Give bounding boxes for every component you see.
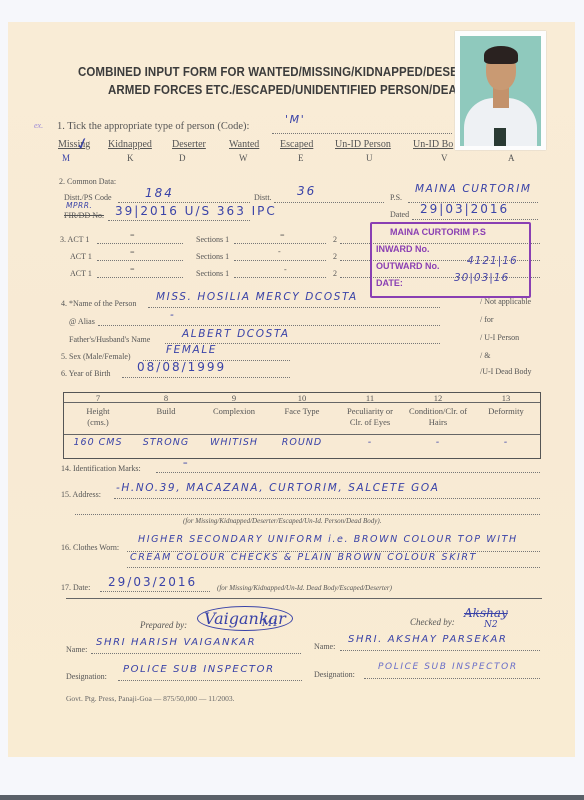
prepared-name-line — [91, 653, 301, 654]
name-of-person-value[interactable]: MISS. HOSILIA MERCY DCOSTA — [156, 291, 358, 303]
sections-row3-value[interactable]: - — [284, 265, 287, 274]
code-d: D — [179, 153, 186, 163]
identification-marks-value[interactable]: = — [183, 459, 188, 468]
act-row2-line — [97, 260, 183, 261]
eyes-value[interactable]: - — [336, 437, 404, 448]
sections-row2-line — [234, 260, 326, 261]
checked-designation-line — [364, 678, 540, 679]
type-escaped[interactable]: Escaped — [280, 139, 313, 150]
side-note-2: / for — [480, 315, 494, 324]
checked-name-label: Name: — [314, 642, 335, 651]
identification-marks-label: 14. Identification Marks: — [61, 464, 141, 473]
person-photo — [455, 31, 546, 150]
act-row1-line — [97, 243, 183, 244]
two-row2-label: 2 — [333, 252, 337, 261]
fir-value[interactable]: 39|2016 U/S 363 IPC — [115, 204, 277, 218]
code-k: K — [127, 153, 134, 163]
date-label: 17. Date: — [61, 583, 90, 592]
address-label: 15. Address: — [61, 490, 101, 499]
yob-line — [122, 377, 290, 378]
prepared-initials: M1 — [262, 618, 279, 629]
checked-signature: Akshay — [464, 606, 508, 620]
address-line1 — [114, 498, 540, 499]
height-value[interactable]: 160 CMS — [64, 437, 132, 448]
type-kidnapped[interactable]: Kidnapped — [108, 139, 152, 150]
stamp-date-label: DATE: — [376, 278, 403, 288]
prepared-name-label: Name: — [66, 645, 87, 654]
clothes-worn-line1[interactable]: HIGHER SECONDARY UNIFORM i.e. BROWN COLO… — [138, 534, 518, 545]
sex-value[interactable]: FEMALE — [166, 344, 217, 356]
sections-row3-line — [234, 277, 326, 278]
stamp-outward-label: OUTWARD No. — [376, 261, 440, 271]
type-unid-person[interactable]: Un-ID Person — [335, 139, 391, 150]
checked-by-label: Checked by: — [410, 617, 455, 627]
prepared-by-label: Prepared by: — [140, 620, 187, 630]
act-row2-label: ACT 1 — [70, 252, 92, 261]
clothes-worn-line2[interactable]: CREAM COLOUR CHECKS & PLAIN BROWN COLOUR… — [130, 552, 477, 563]
sections-row3-label: Sections 1 — [196, 269, 229, 278]
type-deserter[interactable]: Deserter — [172, 139, 206, 150]
act-row1-value[interactable]: = — [130, 231, 135, 240]
two-row1-label: 2 — [333, 235, 337, 244]
clothes-worn-label: 16. Clothes Worn: — [61, 543, 119, 552]
code-a: A — [508, 153, 515, 163]
face-type-value[interactable]: ROUND — [268, 437, 336, 448]
form-title-line1: COMBINED INPUT FORM FOR WANTED/MISSING/K… — [78, 65, 473, 79]
year-of-birth-label: 6. Year of Birth — [61, 369, 111, 378]
form-title-line2: ARMED FORCES ETC./ESCAPED/UNIDENTIFIED P… — [108, 83, 465, 97]
act-row3-line — [97, 277, 183, 278]
address-note: (for Missing/Kidnapped/Deserter/Escaped/… — [183, 517, 382, 525]
hairs-value[interactable]: - — [404, 437, 472, 448]
dated-value[interactable]: 29|03|2016 — [420, 202, 509, 216]
side-note-1: / Not applicable — [480, 297, 531, 306]
fir-line — [108, 220, 250, 221]
type-code-value[interactable]: 'M' — [285, 113, 305, 126]
stamp-title: MAINA CURTORIM P.S — [390, 227, 486, 237]
type-wanted[interactable]: Wanted — [229, 139, 259, 150]
date-line — [100, 591, 210, 592]
act-row3-label: ACT 1 — [70, 269, 92, 278]
stamp-inward-label: INWARD No. — [376, 244, 430, 254]
act-row1-label: 3. ACT 1 — [60, 235, 89, 244]
dated-label: Dated — [390, 210, 409, 219]
clothes-line2 — [127, 567, 540, 568]
fir-dd-label: FIR/DD No. — [64, 211, 104, 220]
margin-mark: ex. — [34, 121, 43, 130]
deformity-value[interactable]: - — [472, 437, 540, 448]
name-of-person-label: 4. *Name of the Person — [61, 299, 136, 308]
build-value[interactable]: STRONG — [132, 437, 200, 448]
prepared-name-value[interactable]: SHRI HARISH VAIGANKAR — [96, 637, 256, 648]
sections-row2-value[interactable]: - — [278, 247, 281, 256]
date-note: (for Missing/Kidnapped/Un-Id. Dead Body/… — [217, 584, 392, 592]
code-w: W — [239, 153, 248, 163]
checked-designation-label: Designation: — [314, 670, 355, 679]
act-row3-value[interactable]: = — [130, 265, 135, 274]
physical-descriptors-table: 7 Height (cms.) 160 CMS 8 Build STRONG 9… — [63, 392, 541, 459]
address-line2 — [75, 514, 540, 515]
code-e: E — [298, 153, 304, 163]
checked-name-value[interactable]: SHRI. AKSHAY PARSEKAR — [348, 634, 507, 645]
type-unid-body[interactable]: Un-ID Bo — [413, 139, 453, 150]
distt-value[interactable]: 36 — [297, 184, 316, 198]
id-marks-line — [156, 472, 540, 473]
code-v: V — [441, 153, 448, 163]
two-row3-label: 2 — [333, 269, 337, 278]
father-name-value[interactable]: ALBERT DCOSTA — [182, 328, 290, 340]
distt-label: Distt. — [254, 193, 272, 202]
dated-line — [412, 219, 538, 220]
sex-label: 5. Sex (Male/Female) — [61, 352, 131, 361]
ps-value[interactable]: MAINA CURTORIM — [415, 183, 532, 195]
ps-label: P.S. — [390, 193, 402, 202]
stamp-outward-value: 4121|16 — [467, 255, 518, 267]
side-note-5: /U-I Dead Body — [480, 367, 532, 376]
checked-name-line — [340, 650, 540, 651]
code-m: M — [62, 153, 70, 163]
scanner-edge — [0, 795, 584, 800]
side-note-3: / U-I Person — [480, 333, 519, 342]
year-of-birth-value[interactable]: 08/08/1999 — [137, 360, 226, 374]
father-name-label: Father's/Husband's Name — [69, 335, 150, 344]
complexion-value[interactable]: WHITISH — [200, 437, 268, 448]
checked-initials: N2 — [484, 620, 498, 630]
sections-row1-line — [234, 243, 326, 244]
distt-line — [274, 202, 384, 203]
side-note-4: / & — [480, 351, 490, 360]
code-u: U — [366, 153, 373, 163]
alias-line — [98, 325, 440, 326]
prepared-designation-label: Designation: — [66, 672, 107, 681]
stamp-date-value: 30|03|16 — [454, 272, 509, 284]
act-row2-value[interactable]: = — [130, 248, 135, 257]
mprr-overwrite: MPRR. — [66, 201, 92, 210]
common-data-label: 2. Common Data: — [59, 177, 116, 186]
alias-label: @ Alias — [69, 317, 95, 326]
alias-value[interactable]: - — [170, 309, 175, 321]
sections-row1-value[interactable]: = — [280, 231, 285, 240]
checked-designation-value[interactable]: POLICE SUB INSPECTOR — [378, 662, 518, 672]
dist-ps-code-value[interactable]: 184 — [145, 186, 174, 200]
police-station-stamp: MAINA CURTORIM P.S INWARD No. OUTWARD No… — [370, 222, 531, 298]
type-of-person-label: 1. Tick the appropriate type of person (… — [57, 121, 249, 132]
divider-line — [66, 598, 542, 599]
sections-row2-label: Sections 1 — [196, 252, 229, 261]
type-code-line — [272, 133, 452, 134]
date-value[interactable]: 29/03/2016 — [108, 575, 197, 589]
sections-row1-label: Sections 1 — [196, 235, 229, 244]
prepared-designation-line — [118, 680, 302, 681]
prepared-designation-value[interactable]: POLICE SUB INSPECTOR — [123, 664, 275, 675]
address-value[interactable]: -H.NO.39, MACAZANA, CURTORIM, SALCETE GO… — [116, 482, 439, 494]
name-line — [148, 307, 440, 308]
dist-ps-code-line — [118, 202, 250, 203]
printer-footer: Govt. Ptg. Press, Panaji-Goa — 875/50,00… — [66, 694, 234, 703]
